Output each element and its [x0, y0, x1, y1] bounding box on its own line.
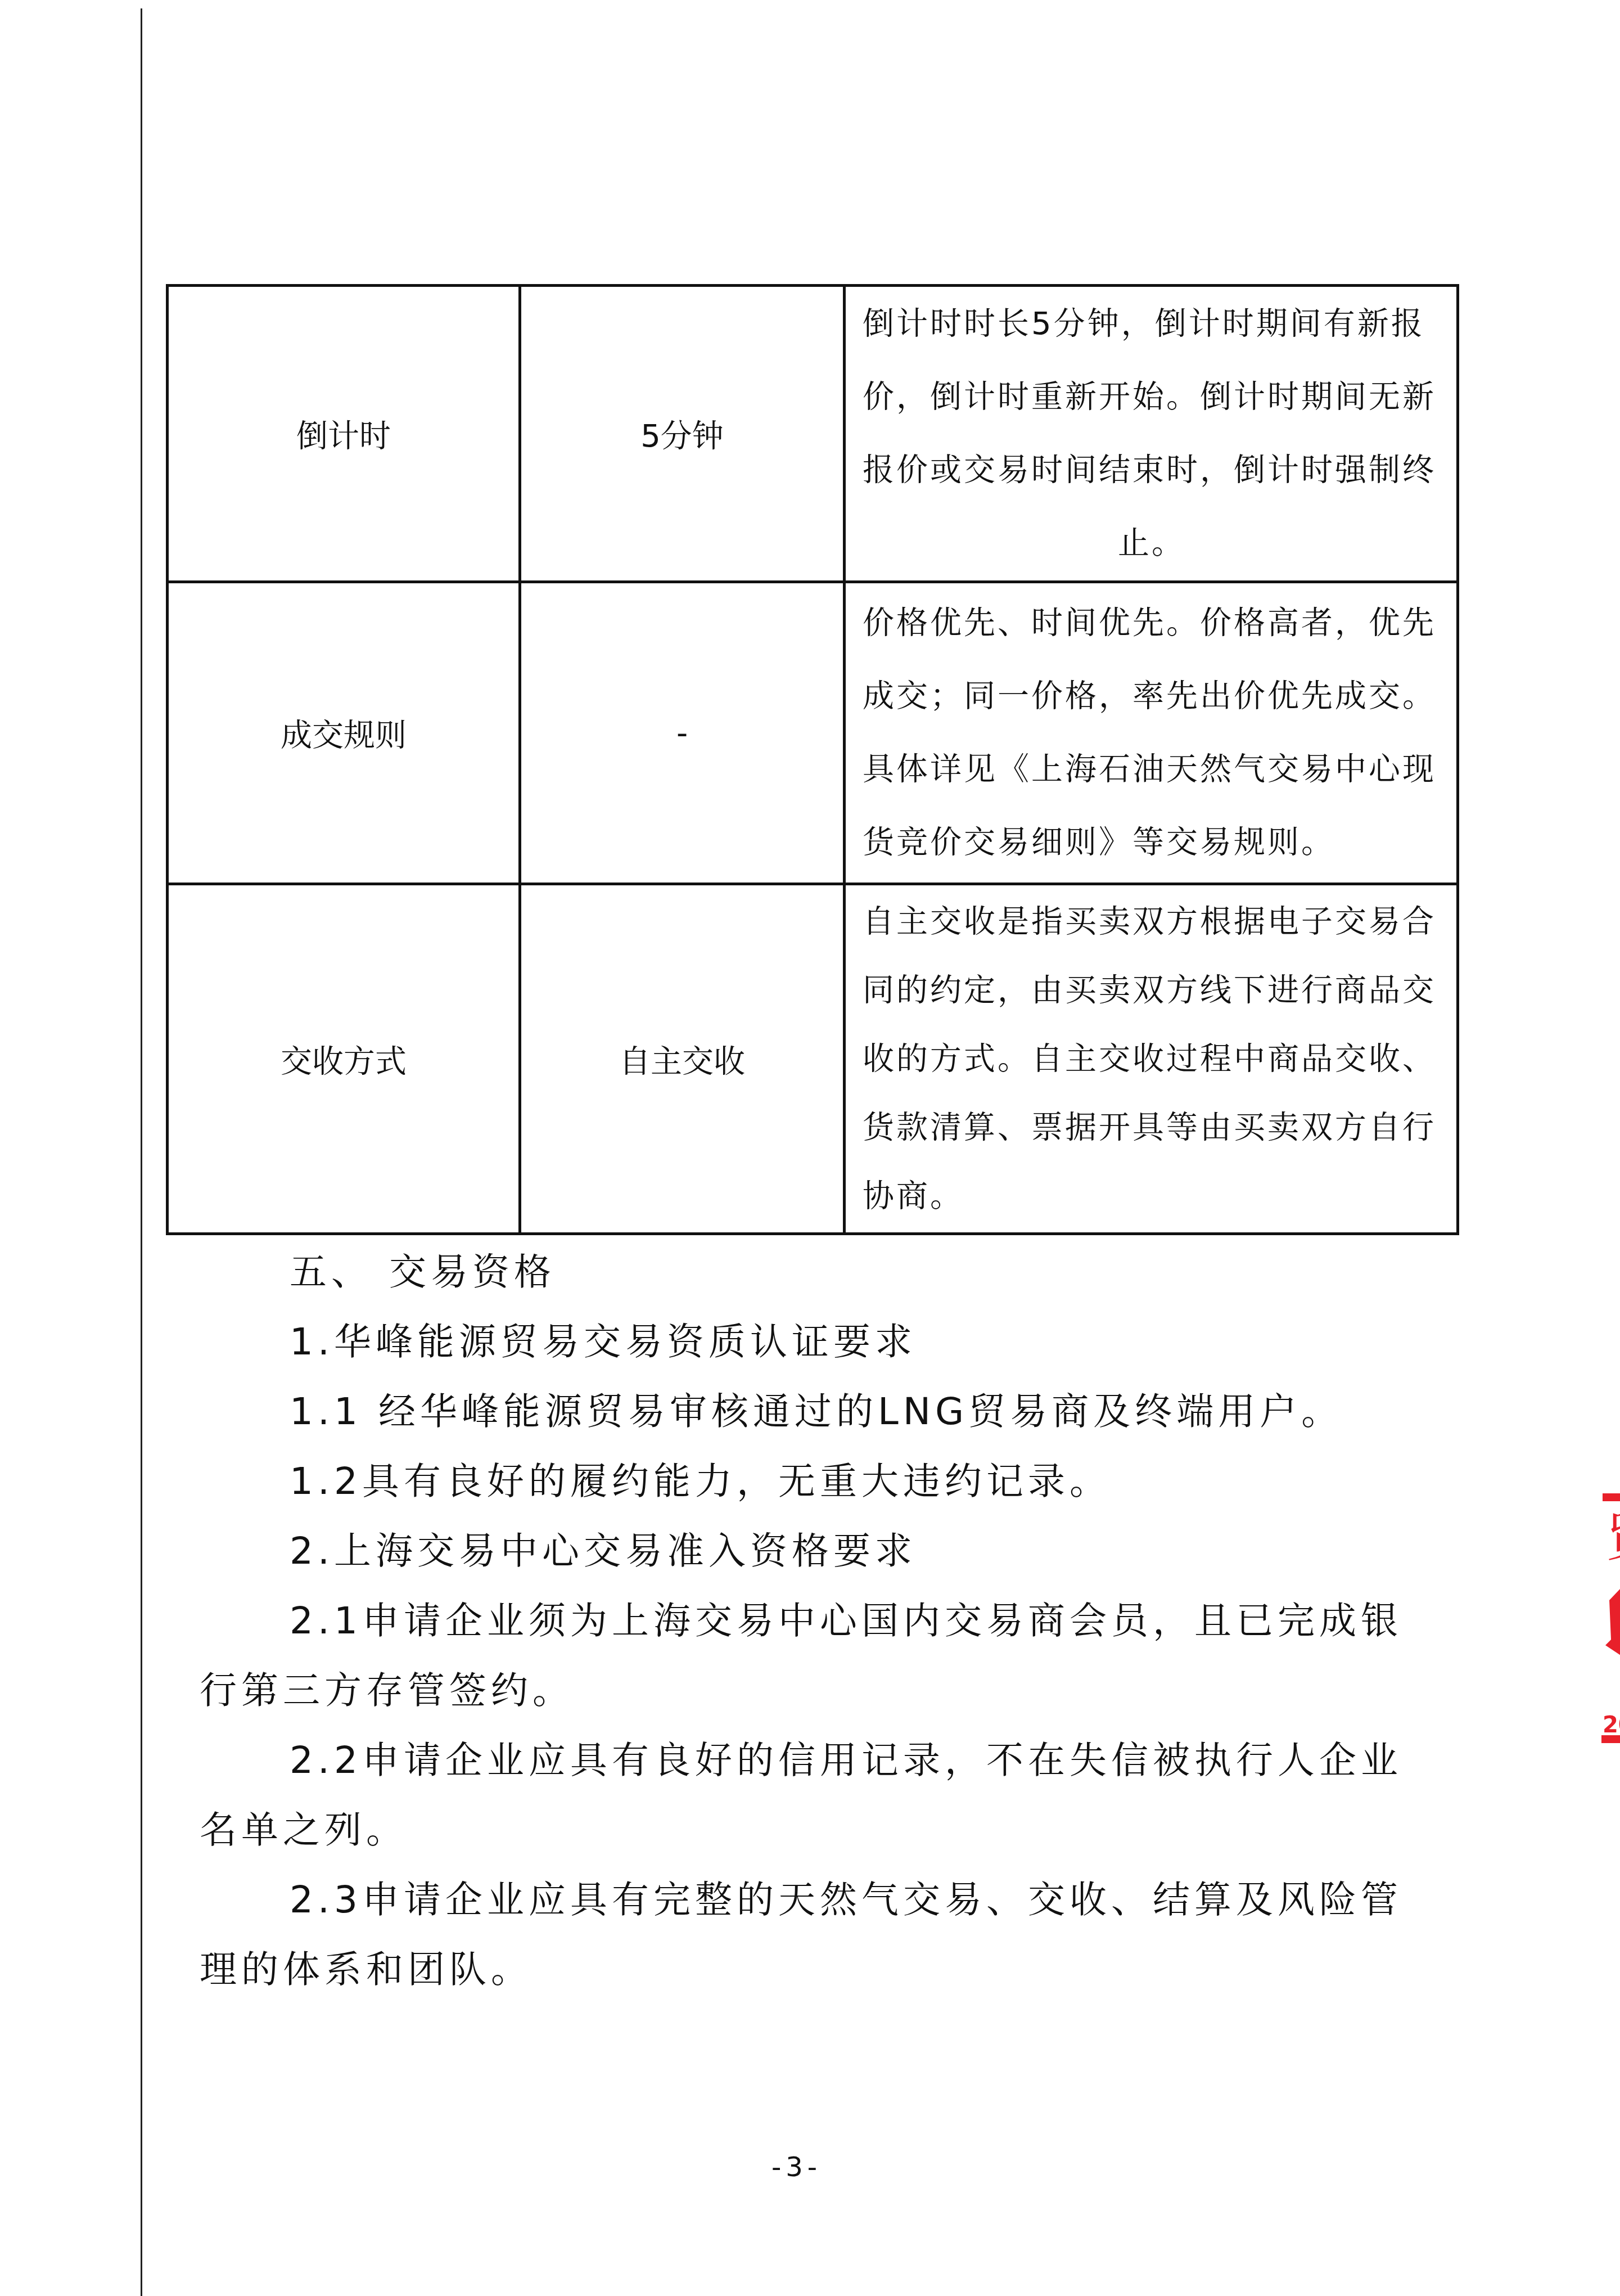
desc-line: 货竞价交易细则》等交易规则。 [863, 806, 1441, 879]
row-item-matching-rule: 成交规则 [168, 582, 520, 884]
paragraph-2-2: 2.2申请企业应具有良好的信用记录，不在失信被执行人企业名单之列。 [200, 1726, 1403, 1865]
desc-line: 价，倒计时重新开始。倒计时期间无新 [863, 361, 1441, 434]
row-value-countdown: 5分钟 [520, 286, 845, 582]
subheading-2: 2.上海交易中心交易准入资格要求 [202, 1516, 1473, 1586]
row-description-countdown: 倒计时时长5分钟，倒计时期间有新报 价，倒计时重新开始。倒计时期间无新 报价或交… [845, 286, 1458, 582]
desc-line: 协商。 [863, 1162, 1441, 1231]
document-body: 五、 交易资格 1.华峰能源贸易交易资质认证要求 1.1 经华峰能源贸易审核通过… [202, 1237, 1473, 2005]
desc-line: 报价或交易时间结束时，倒计时强制终 [863, 434, 1441, 507]
desc-line: 止。 [863, 507, 1441, 580]
paragraph-1-2: 1.2具有良好的履约能力，无重大违约记录。 [202, 1447, 1473, 1516]
svg-text:201: 201 [1603, 1712, 1620, 1738]
seal-fragment-icon: 贸 201 [1558, 1471, 1620, 1831]
table-row: 成交规则 - 价格优先、时间优先。价格高者，优先 成交；同一价格，率先出价优先成… [168, 582, 1458, 884]
desc-line: 倒计时时长5分钟，倒计时期间有新报 [863, 287, 1441, 361]
svg-text:贸: 贸 [1606, 1505, 1620, 1568]
section-heading: 五、 交易资格 [202, 1237, 1473, 1307]
desc-line: 同的约定，由买卖双方线下进行商品交 [863, 956, 1441, 1025]
paragraph-1-1: 1.1 经华峰能源贸易审核通过的LNG贸易商及终端用户。 [202, 1377, 1473, 1447]
row-value-delivery-method: 自主交收 [520, 884, 845, 1234]
paragraph-2-1: 2.1申请企业须为上海交易中心国内交易商会员，且已完成银行第三方存管签约。 [200, 1586, 1437, 1726]
desc-line: 具体详见《上海石油天然气交易中心现 [863, 733, 1441, 806]
desc-line: 价格优先、时间优先。价格高者，优先 [863, 587, 1441, 660]
row-description-delivery-method: 自主交收是指买卖双方根据电子交易合 同的约定，由买卖双方线下进行商品交 收的方式… [845, 884, 1458, 1234]
table-row: 交收方式 自主交收 自主交收是指买卖双方根据电子交易合 同的约定，由买卖双方线下… [168, 884, 1458, 1234]
paragraph-2-3: 2.3申请企业应具有完整的天然气交易、交收、结算及风险管理的体系和团队。 [200, 1865, 1403, 2005]
row-description-matching-rule: 价格优先、时间优先。价格高者，优先 成交；同一价格，率先出价优先成交。 具体详见… [845, 582, 1458, 884]
row-item-delivery-method: 交收方式 [168, 884, 520, 1234]
row-value-matching-rule: - [520, 582, 845, 884]
desc-line: 成交；同一价格，率先出价优先成交。 [863, 660, 1441, 733]
trading-rules-table: 倒计时 5分钟 倒计时时长5分钟，倒计时期间有新报 价，倒计时重新开始。倒计时期… [166, 284, 1459, 1235]
row-item-countdown: 倒计时 [168, 286, 520, 582]
official-seal-stamp: 贸 201 [1558, 1471, 1620, 1831]
desc-line: 收的方式。自主交收过程中商品交收、 [863, 1025, 1441, 1093]
desc-line: 货款清算、票据开具等由买卖双方自行 [863, 1093, 1441, 1162]
subheading-1: 1.华峰能源贸易交易资质认证要求 [202, 1307, 1473, 1377]
table-row: 倒计时 5分钟 倒计时时长5分钟，倒计时期间有新报 价，倒计时重新开始。倒计时期… [168, 286, 1458, 582]
page-number: -3- [771, 2151, 822, 2183]
desc-line: 自主交收是指买卖双方根据电子交易合 [863, 888, 1441, 956]
binding-margin-line [141, 8, 142, 2296]
